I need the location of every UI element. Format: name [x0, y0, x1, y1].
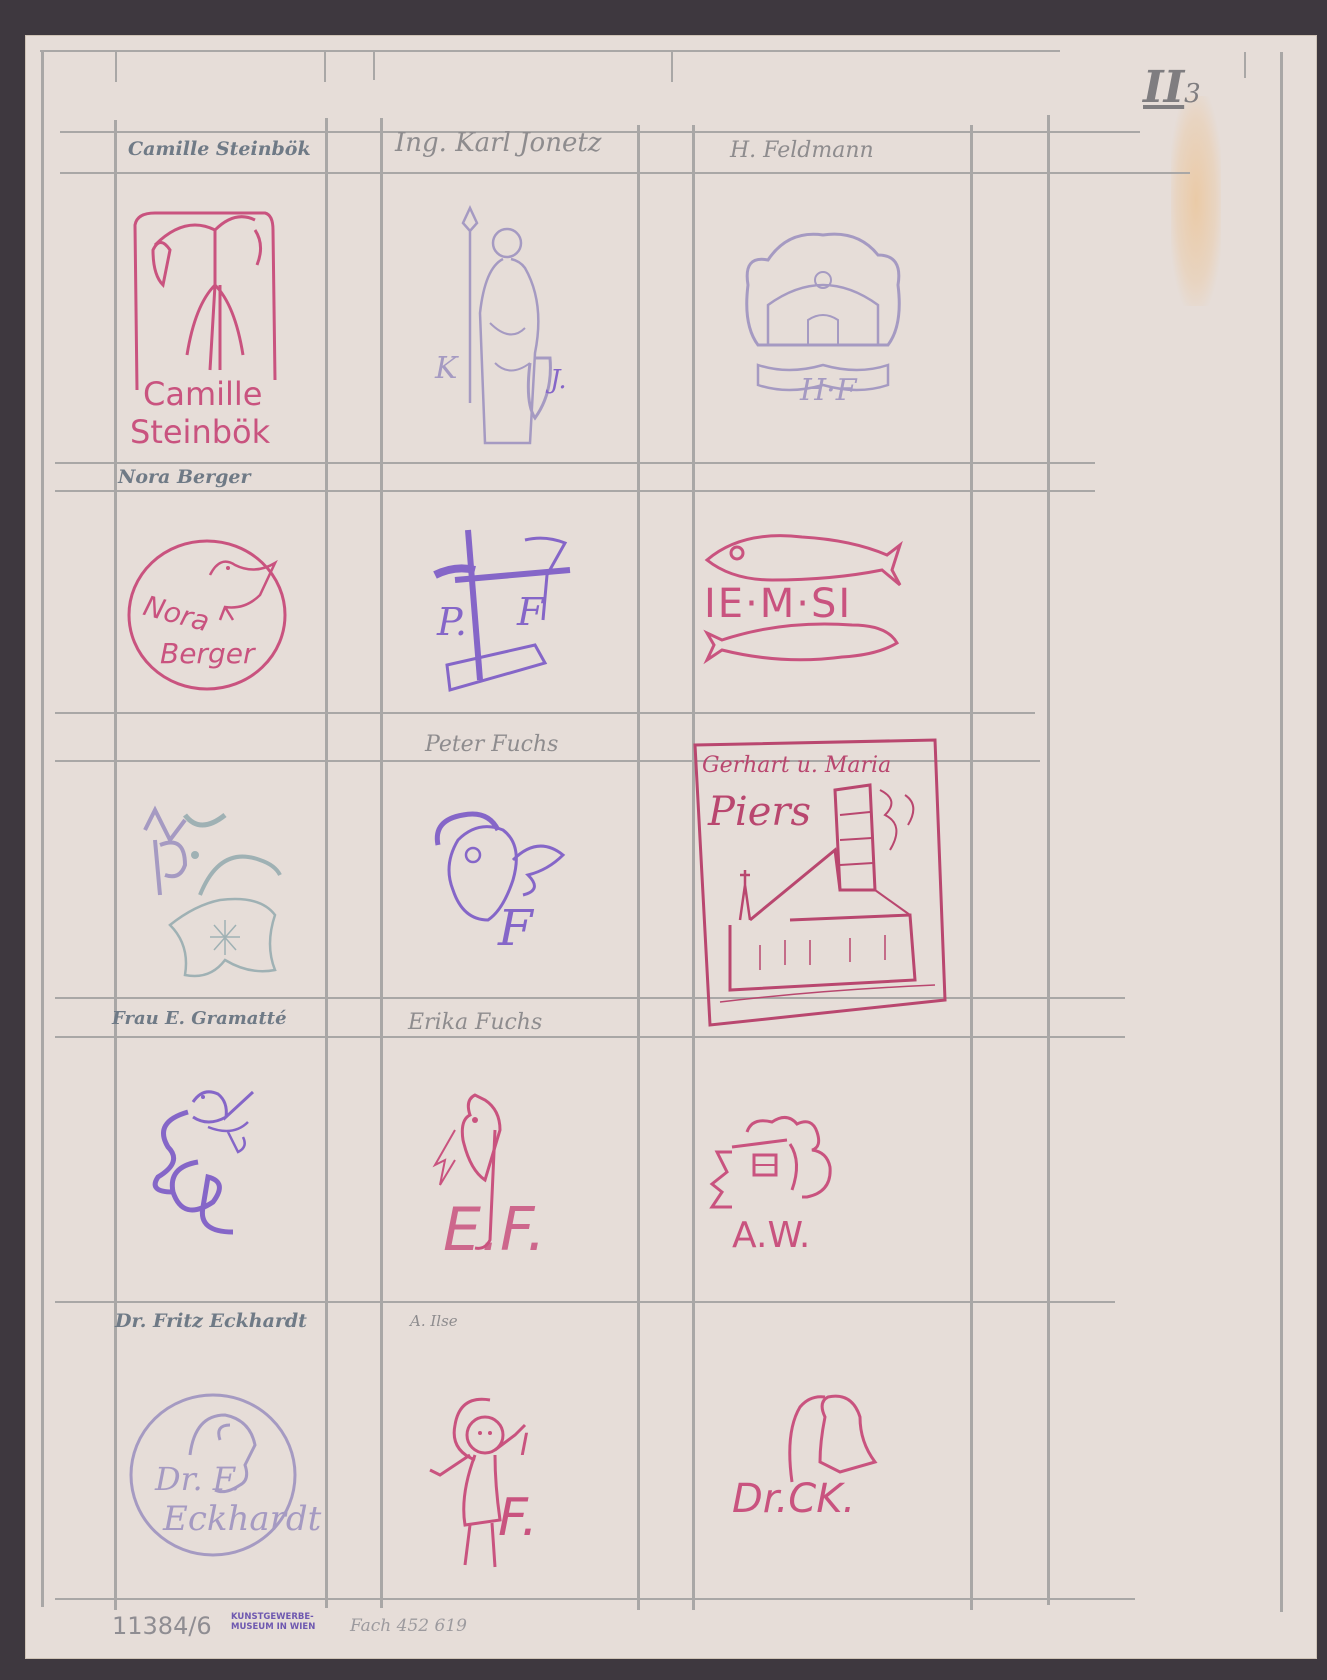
grid-hline: [60, 172, 1190, 174]
grid-vline: [1280, 52, 1283, 1612]
museum-stamp-line: MUSEUM IN WIEN: [231, 1622, 321, 1632]
grid-hline: [55, 712, 1035, 714]
stamp-funnel-cross: P. F: [435, 525, 575, 690]
caption-r4c1: Frau E. Gramatté: [112, 1008, 287, 1029]
grid-vline: [41, 52, 44, 1607]
stamp-text: Berger: [160, 637, 256, 670]
paper-stain: [1171, 96, 1221, 306]
stamp-baroque-building: H·F: [738, 225, 908, 415]
stamp-text: E.F.: [443, 1195, 546, 1265]
stamp-text: H·F: [799, 373, 858, 408]
caption-r1c3: H. Feldmann: [730, 138, 874, 163]
grid-tick: [671, 52, 673, 82]
grid-hline: [55, 1036, 1125, 1038]
stamp-aw-house-tree: A.W.: [712, 1112, 857, 1252]
caption-r5c1: Dr. Fritz Eckhardt: [115, 1310, 307, 1332]
page-mark-main: II: [1143, 62, 1184, 113]
caption-r4c2: Erika Fuchs: [408, 1010, 542, 1035]
grid-hline: [55, 997, 1125, 999]
stamp-text: P.: [436, 600, 467, 644]
grid-tick: [115, 52, 117, 82]
stamp-text: Piers: [707, 789, 811, 835]
caption-r2c1: Nora Berger: [118, 466, 251, 488]
grid-tick: [1244, 52, 1246, 78]
stamp-parrot: F: [428, 810, 573, 960]
stamp-text: IE·M·SI: [704, 581, 852, 627]
stamp-text: K: [434, 351, 459, 386]
stamp-eg-bird: [148, 1082, 263, 1237]
stamp-piers-church: Gerhart u. Maria Piers: [690, 740, 945, 1025]
grid-vline: [1047, 115, 1050, 1605]
page-mark-sub: 3: [1184, 79, 1201, 109]
stamp-text: Nora: [140, 589, 213, 638]
stamp-two-fish: IE·M·SI: [702, 525, 902, 665]
stamp-text: F: [497, 899, 535, 957]
fach-note: Fach 452 619: [350, 1616, 467, 1636]
stamp-athena: K J.: [425, 203, 575, 458]
stamp-text: A.W.: [732, 1215, 810, 1256]
grid-vline: [637, 125, 640, 1610]
caption-r1c2: Ing. Karl Jonetz: [395, 128, 601, 158]
grid-tick: [373, 52, 375, 80]
stamp-child-figure: F. I: [420, 1395, 560, 1575]
stamp-flower-leaf: [140, 805, 290, 995]
stamp-text: Gerhart u. Maria: [702, 753, 891, 778]
stamp-text: Dr.CK.: [732, 1476, 855, 1522]
grid-hline: [55, 462, 1095, 464]
grid-vline: [325, 118, 328, 1608]
grid-hline: [55, 1598, 1135, 1600]
grid-vline: [114, 120, 117, 1610]
stamp-ef-parrot: E.F.: [425, 1090, 550, 1260]
stamp-text: F: [516, 590, 545, 634]
stamp-text: Eckhardt: [162, 1499, 322, 1539]
stamp-text: I: [520, 1428, 529, 1463]
stamp-nora-berger: Nora Berger: [125, 535, 290, 695]
grid-line-top: [40, 50, 1060, 52]
inventory-number: 11384/6: [112, 1612, 212, 1640]
museum-stamp-line: KUNSTGEWERBE-: [231, 1612, 321, 1622]
stamp-drck-bell: Dr.CK.: [730, 1392, 880, 1532]
stamp-text: Dr. F.: [154, 1460, 240, 1498]
museum-stamp: KUNSTGEWERBE- MUSEUM IN WIEN: [231, 1612, 321, 1632]
stamp-eckhardt-oval: Dr. F. Eckhardt: [125, 1390, 300, 1560]
page-mark: II3: [1143, 62, 1201, 113]
caption-r1c1: Camille Steinbök: [128, 138, 311, 160]
stamp-camille-steinbok: Camille Steinbök: [125, 205, 285, 450]
grid-hline: [55, 490, 1095, 492]
grid-tick: [324, 52, 326, 82]
stamp-text: Steinbök: [130, 413, 271, 451]
caption-r5c2: A. Ilse: [410, 1312, 458, 1330]
stamp-text: F.: [498, 1488, 538, 1548]
grid-vline: [970, 125, 973, 1610]
caption-r3c2: Peter Fuchs: [425, 732, 558, 757]
grid-vline: [380, 118, 383, 1608]
stamp-text: Camille: [143, 375, 262, 413]
grid-hline: [55, 1301, 1115, 1303]
